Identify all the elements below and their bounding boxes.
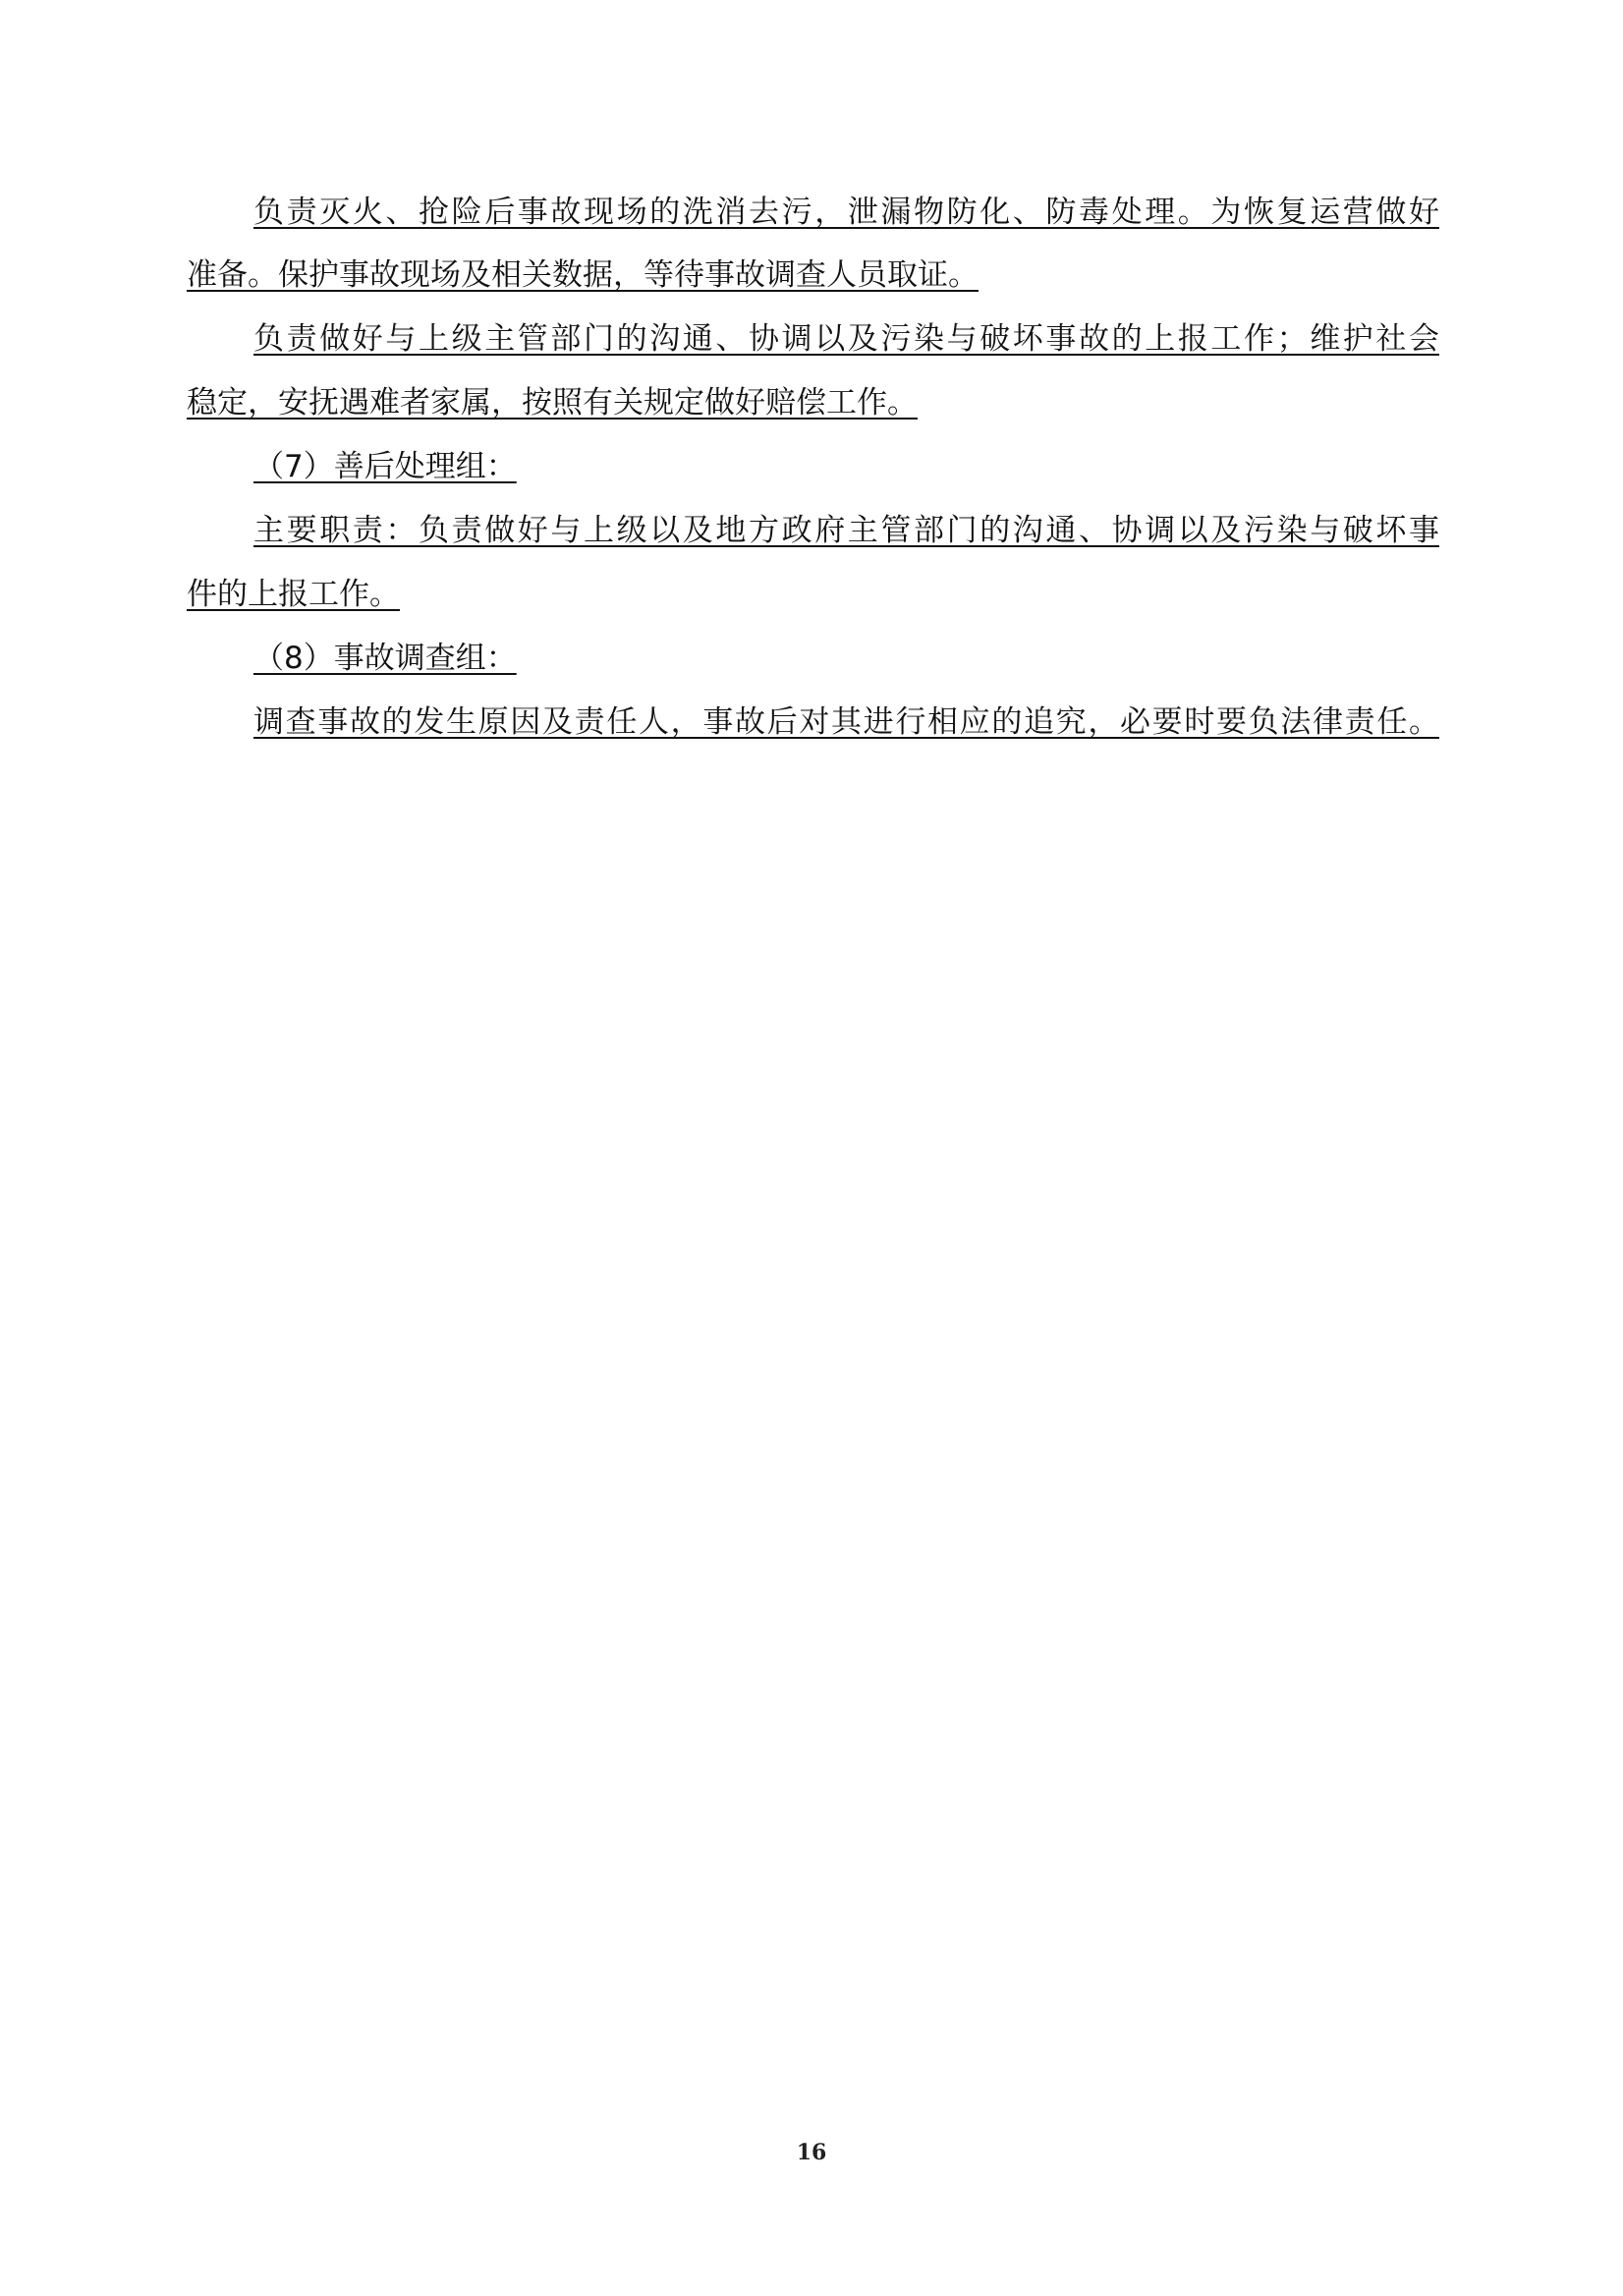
paragraph-investigation-duties: 调查事故的发生原因及责任人，事故后对其进行相应的追究，必要时要负法律责任。 xyxy=(253,702,1439,746)
paragraph-cleanup-line-1: 负责灭火、抢险后事故现场的洗消去污，泄漏物防化、防毒处理。为恢复运营做好 xyxy=(253,193,1439,236)
paragraph-communication-line-2: 稳定，安抚遇难者家属，按照有关规定做好赔偿工作。 xyxy=(187,383,918,426)
heading-investigation-group: （8）事故调查组： xyxy=(253,639,517,682)
heading-aftermath-group: （7）善后处理组： xyxy=(253,447,517,490)
paragraph-aftermath-duties-line-2: 件的上报工作。 xyxy=(187,575,400,618)
page-number: 16 xyxy=(0,2140,1623,2165)
paragraph-communication-line-1: 负责做好与上级主管部门的沟通、协调以及污染与破坏事故的上报工作；维护社会 xyxy=(253,319,1439,363)
document-page: 负责灭火、抢险后事故现场的洗消去污，泄漏物防化、防毒处理。为恢复运营做好 准备。… xyxy=(0,0,1623,2296)
paragraph-aftermath-duties-line-1: 主要职责：负责做好与上级以及地方政府主管部门的沟通、协调以及污染与破坏事 xyxy=(253,511,1439,554)
paragraph-cleanup-line-2: 准备。保护事故现场及相关数据，等待事故调查人员取证。 xyxy=(187,255,979,299)
